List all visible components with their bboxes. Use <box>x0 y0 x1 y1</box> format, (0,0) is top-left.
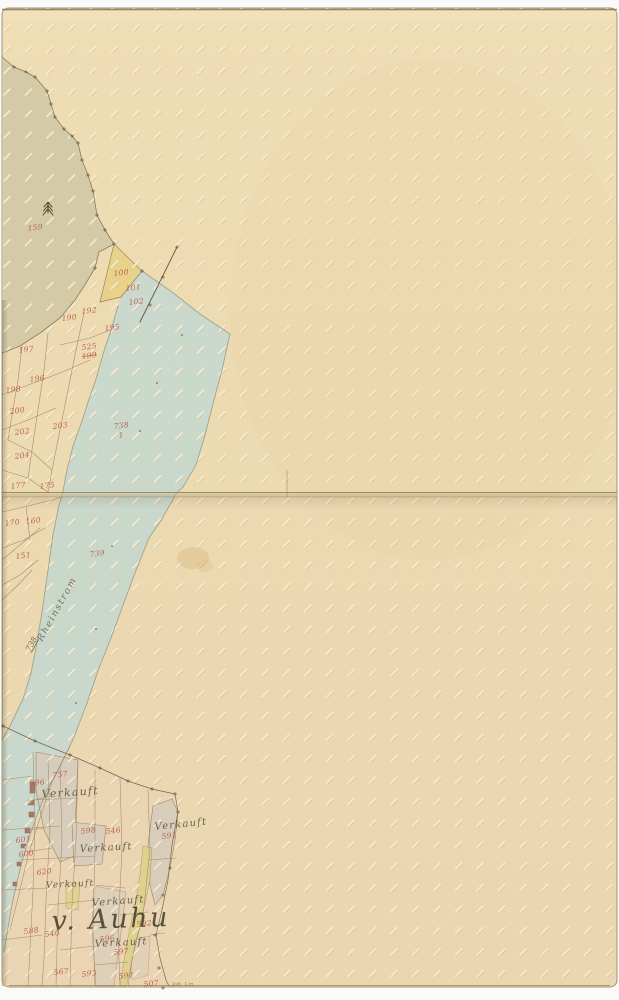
parcel-number: 757 <box>52 769 68 780</box>
fold-gap <box>2 494 617 497</box>
parcel-number: 620 <box>36 866 52 877</box>
parcel-number: 507 <box>143 978 159 989</box>
parcel-number: 192 <box>81 305 97 316</box>
parcel-number: 738 <box>113 420 129 431</box>
map-scan-svg: 1591001011021901921951975251991961982002… <box>0 0 619 1000</box>
parcel-number: 195 <box>104 322 120 333</box>
stain <box>197 560 213 572</box>
parcel-number: 199 <box>81 350 97 361</box>
speck <box>181 334 183 336</box>
parcel-number: 198 <box>5 384 21 395</box>
speck <box>139 430 141 432</box>
parcel-number: 600 <box>18 848 34 859</box>
parcel-number: 100 <box>113 267 129 278</box>
parcel-number: 196 <box>29 373 45 384</box>
parcel-number: 593 <box>81 968 97 979</box>
parcel-number: 591 <box>118 970 134 981</box>
parcel-number: 101 <box>125 282 141 293</box>
speck <box>111 545 113 547</box>
parcel-number: 588 <box>23 925 39 936</box>
parcel-number: 546 <box>105 825 121 836</box>
parcel-number: 596 <box>29 777 45 788</box>
parcel-number: 170 <box>4 517 20 528</box>
parcel-number: 567 <box>53 966 69 977</box>
parcel-number: 160 <box>25 515 41 526</box>
scanned-map-page: 1591001011021901921951975251991961982002… <box>0 0 619 1000</box>
parcel-number: 739 <box>89 548 105 559</box>
parcel-number: 102 <box>128 296 144 307</box>
parcel-number: 190 <box>61 312 77 323</box>
corner-note-label: Joh. Lin. <box>171 982 196 988</box>
speck <box>95 628 97 630</box>
fold-shadow <box>2 498 617 510</box>
parcel-number: 197 <box>18 344 34 355</box>
speck <box>156 382 158 384</box>
speck <box>75 702 77 704</box>
place-name-label: v. Auhu <box>51 902 170 937</box>
parcel-number: 598 <box>80 825 96 836</box>
parcel-number: 175 <box>39 480 55 491</box>
parcel-number: 151 <box>15 550 31 561</box>
parcel-number: 159 <box>27 222 43 233</box>
parcel-number: 601 <box>15 834 31 845</box>
parcel-number: 177 <box>10 480 26 491</box>
left-edge-shadow <box>2 300 8 986</box>
discoloration <box>230 60 619 560</box>
